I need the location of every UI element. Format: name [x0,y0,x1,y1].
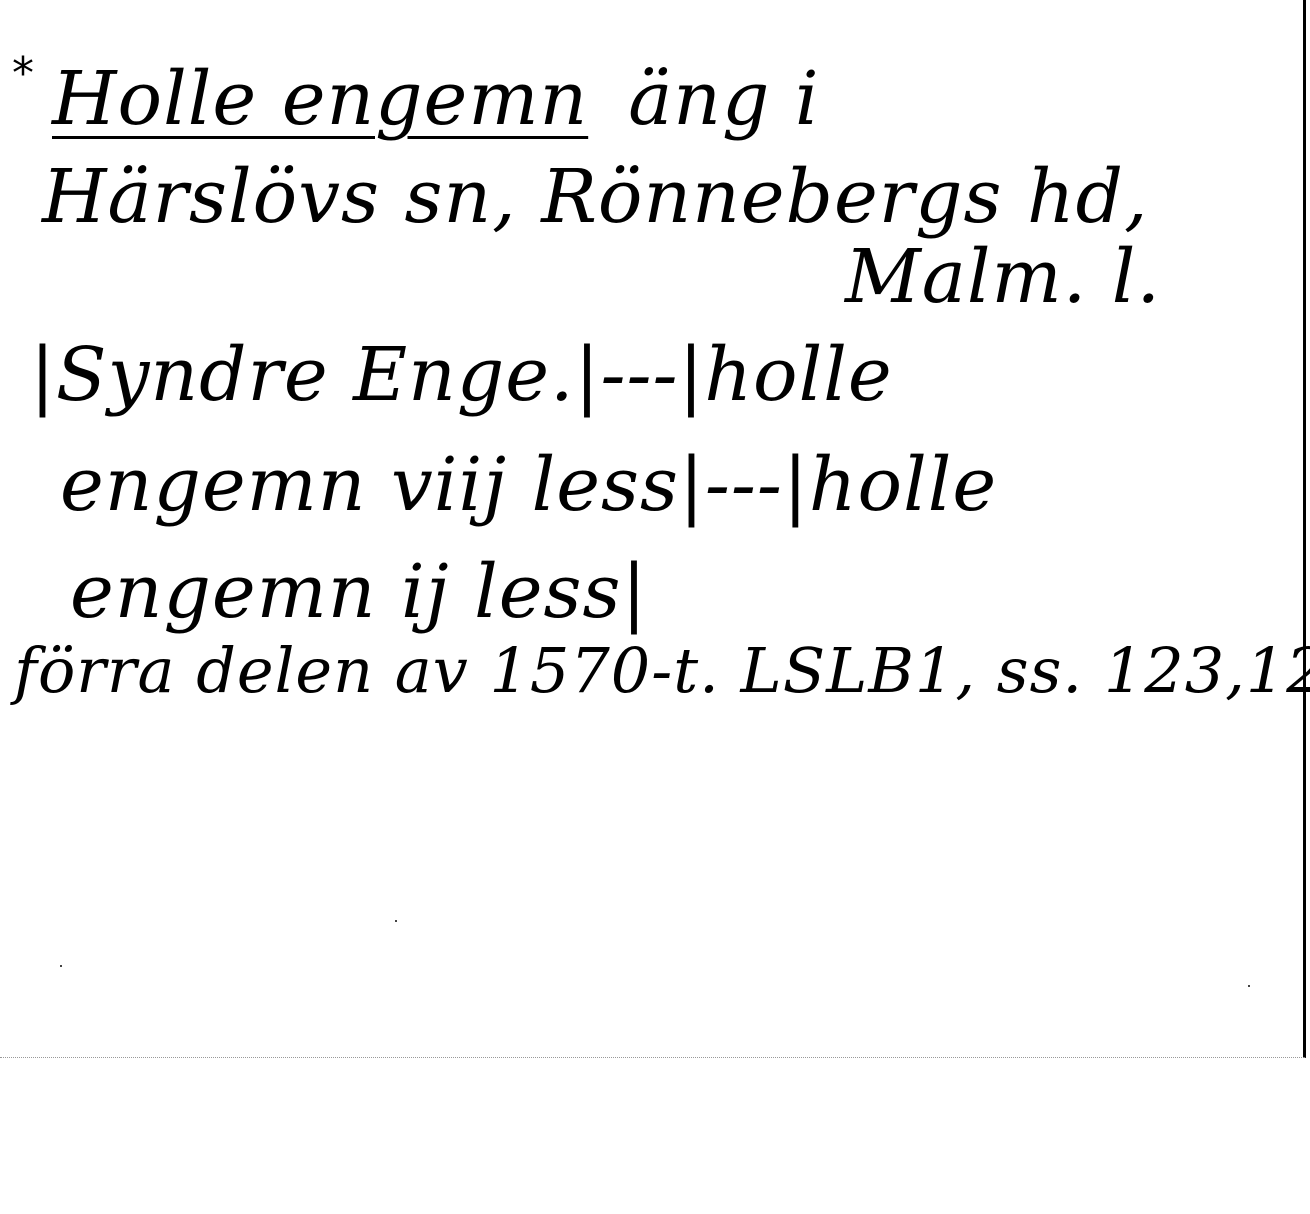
archive-index-card: * Holle engemnäng i Härslövs sn, Rönnebe… [0,0,1306,1058]
scan-speck [395,920,397,922]
heading-descriptor: äng i [628,56,819,142]
scan-speck [1248,985,1250,987]
heading-line: Holle engemnäng i [52,62,820,136]
source-quote-line-2: engemn viij less|---|holle [60,448,997,522]
source-quote-line-1: |Syndre Enge.|---|holle [30,338,893,412]
source-reference-line: förra delen av 1570-t. LSLB1, ss. 123,12… [14,640,1310,702]
parish-district-line: Härslövs sn, Rönnebergs hd, [42,160,1149,234]
asterisk-marker: * [12,48,34,99]
place-name-heading: Holle engemn [52,56,588,142]
scan-speck [60,965,62,967]
source-quote-line-3: engemn ij less| [70,555,647,629]
county-line: Malm. l. [845,240,1161,314]
